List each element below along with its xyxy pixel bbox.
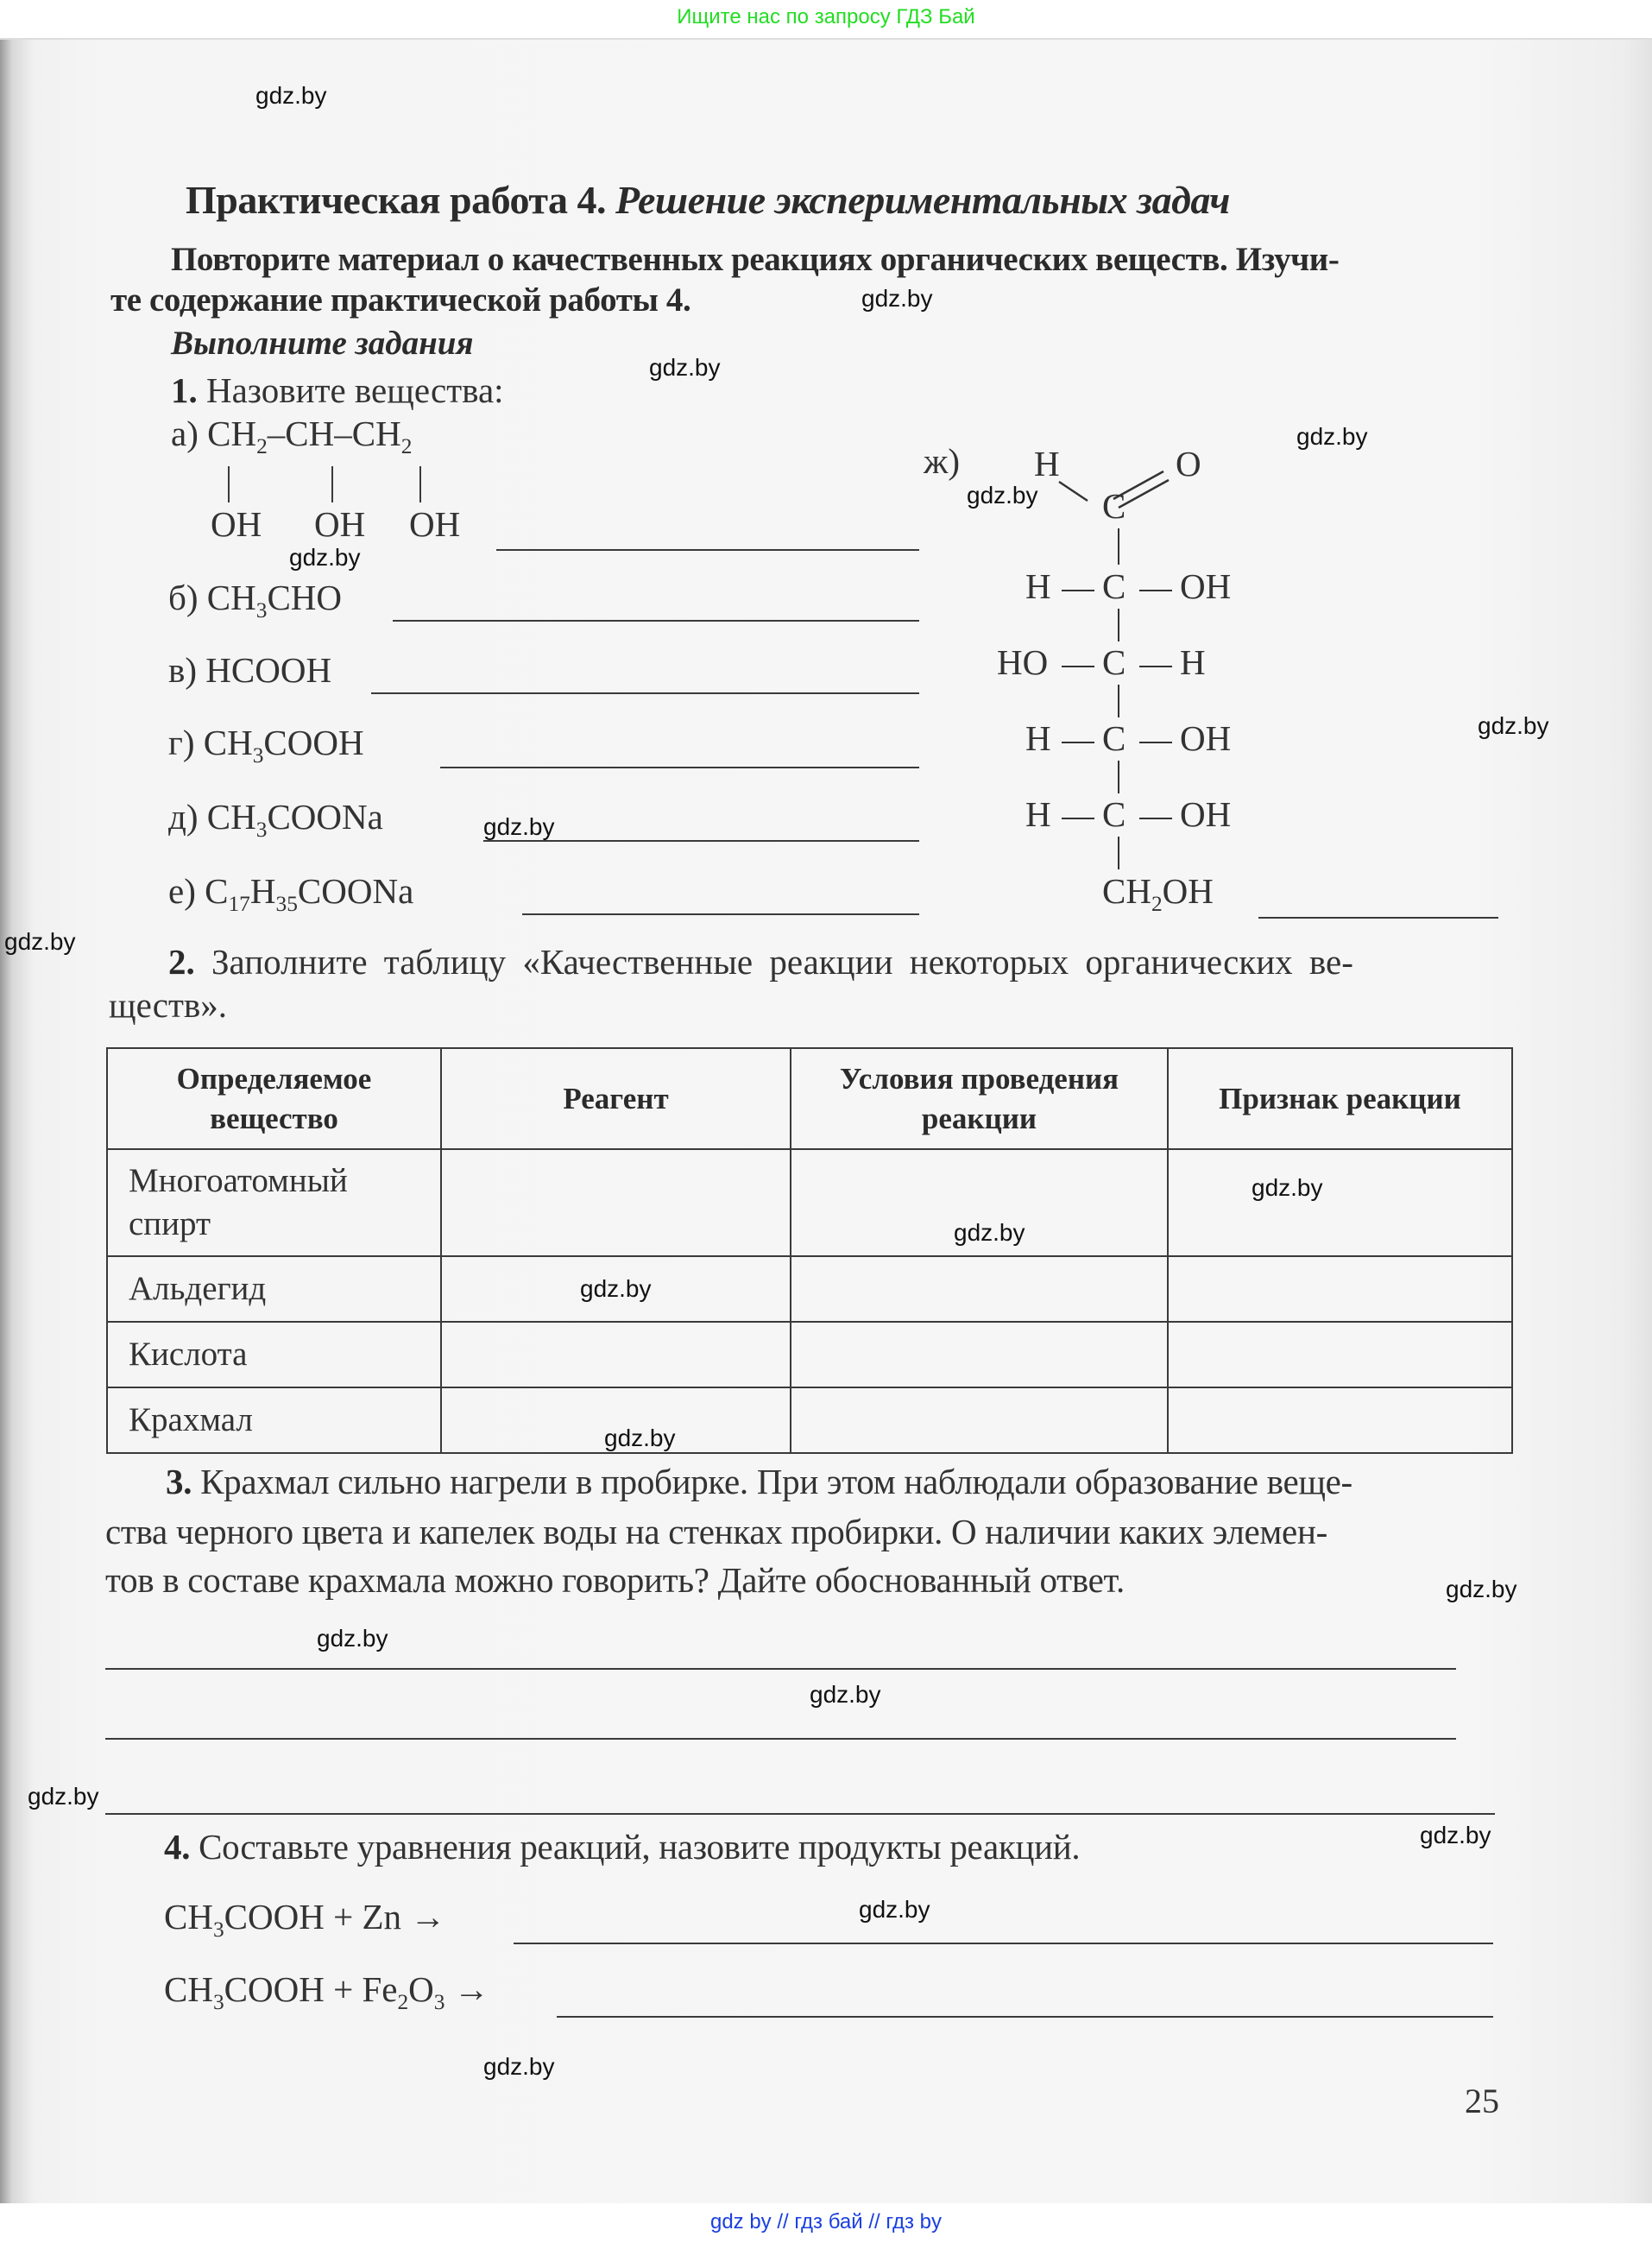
title-italic: Решение экспериментальных задач xyxy=(615,178,1230,222)
bond xyxy=(419,466,421,502)
task4-equation-2: CH3COOH + Fe2O3 → xyxy=(164,1968,489,2010)
cell-sign[interactable] xyxy=(1168,1256,1512,1322)
answer-line-e[interactable] xyxy=(522,913,919,915)
answer-line-a[interactable] xyxy=(496,549,919,551)
task3-line-3: тов в составе крахмала можно говорить? Д… xyxy=(105,1559,1125,1601)
watermark: gdz.by xyxy=(861,285,933,313)
cell-substance: Многоатомный спирт xyxy=(107,1149,441,1256)
bond xyxy=(331,466,333,502)
answer-line-d[interactable] xyxy=(483,840,919,842)
cell-conditions[interactable] xyxy=(791,1149,1168,1256)
answer-line-eq2[interactable] xyxy=(557,2016,1493,2018)
bond xyxy=(228,466,230,502)
cell-reagent[interactable] xyxy=(441,1256,791,1322)
atom-c3: C xyxy=(1102,641,1126,683)
bond xyxy=(1139,818,1172,819)
header-substance: Определяемое вещество xyxy=(107,1048,441,1149)
cell-conditions[interactable] xyxy=(791,1387,1168,1453)
answer-line-eq1[interactable] xyxy=(514,1943,1493,1944)
answer-line-task3-3[interactable] xyxy=(105,1813,1495,1815)
watermark: gdz.by xyxy=(649,354,721,382)
answer-line-b[interactable] xyxy=(393,620,919,622)
watermark: gdz.by xyxy=(810,1681,881,1709)
header-reagent: Реагент xyxy=(441,1048,791,1149)
watermark: gdz.by xyxy=(4,928,76,956)
task1-item-v: в) HCOOH xyxy=(168,649,331,691)
task1-item-zh-label: ж) xyxy=(924,440,960,482)
table-row: Альдегид xyxy=(107,1256,1512,1322)
cell-reagent[interactable] xyxy=(441,1322,791,1387)
answer-line-task3-2[interactable] xyxy=(105,1738,1456,1740)
atom-oh: OH xyxy=(1180,717,1231,759)
bottom-banner-links[interactable]: gdz by // гдз бай // гдз by xyxy=(710,2210,942,2234)
atom-oh: OH xyxy=(1180,793,1231,835)
top-banner-text: Ищите нас по запросу ГДЗ Бай xyxy=(677,5,974,28)
task1-text: Назовите вещества: xyxy=(206,370,504,410)
table-row: Крахмал xyxy=(107,1387,1512,1453)
task3-line-1: 3. Крахмал сильно нагрели в пробирке. Пр… xyxy=(166,1461,1352,1502)
top-banner: Ищите нас по запросу ГДЗ Бай xyxy=(0,0,1652,38)
cell-sign[interactable] xyxy=(1168,1387,1512,1453)
bottom-banner[interactable]: gdz by // гдз бай // гдз by xyxy=(0,2203,1652,2243)
watermark: gdz.by xyxy=(483,813,555,841)
watermark: gdz.by xyxy=(1478,712,1549,740)
atom-h: H xyxy=(1025,793,1051,835)
oh-group: OH xyxy=(211,503,262,545)
cell-reagent[interactable] xyxy=(441,1387,791,1453)
bond xyxy=(1062,818,1094,819)
task1-item-g: г) CH3COOH xyxy=(168,722,364,763)
table-row: Кислота xyxy=(107,1322,1512,1387)
bond xyxy=(1118,685,1119,717)
page-title: Практическая работа 4. Решение экспериме… xyxy=(186,177,1230,223)
atom-h: H xyxy=(1180,641,1206,683)
watermark: gdz.by xyxy=(859,1896,930,1924)
atom-oh: OH xyxy=(1180,565,1231,607)
answer-line-g[interactable] xyxy=(440,767,919,768)
table-header-row: Определяемое вещество Реагент Условия пр… xyxy=(107,1048,1512,1149)
bond xyxy=(1062,742,1094,743)
header-sign: Признак реакции xyxy=(1168,1048,1512,1149)
task1-number: 1. xyxy=(171,370,198,410)
intro-subheading: Выполните задания xyxy=(171,324,474,363)
bond xyxy=(1062,590,1094,591)
task1-heading: 1. Назовите вещества: xyxy=(171,370,504,411)
page-number: 25 xyxy=(1465,2081,1499,2121)
cell-conditions[interactable] xyxy=(791,1256,1168,1322)
bond xyxy=(1062,666,1094,667)
cell-conditions[interactable] xyxy=(791,1322,1168,1387)
intro-line-1: Повторите материал о качественных реакци… xyxy=(171,240,1339,279)
watermark: gdz.by xyxy=(483,2053,555,2081)
atom-ho: HO xyxy=(997,641,1048,683)
atom-c4: C xyxy=(1102,717,1126,759)
task2-line-1: 2. Заполните таблицу «Качественные реакц… xyxy=(168,941,1353,982)
cell-reagent[interactable] xyxy=(441,1149,791,1256)
item-label: а) xyxy=(171,414,199,453)
cell-substance: Кислота xyxy=(107,1322,441,1387)
atom-h: H xyxy=(1025,565,1051,607)
table-row: Многоатомный спирт xyxy=(107,1149,1512,1256)
task4-equation-1: CH3COOH + Zn → xyxy=(164,1896,445,1937)
bond xyxy=(1118,837,1119,869)
title-prefix: Практическая работа 4. xyxy=(186,178,606,222)
bond xyxy=(1118,761,1119,793)
atom-c1: C xyxy=(1102,485,1126,527)
oh-group: OH xyxy=(409,503,460,545)
cell-sign[interactable] xyxy=(1168,1322,1512,1387)
bond xyxy=(1139,590,1172,591)
answer-line-task3-1[interactable] xyxy=(105,1668,1456,1670)
task2-line-2: ществ». xyxy=(109,984,227,1026)
task4-heading: 4. Составьте уравнения реакций, назовите… xyxy=(164,1826,1080,1867)
atom-ch2oh: CH2OH xyxy=(1102,870,1214,912)
bond xyxy=(1118,609,1119,641)
answer-line-v[interactable] xyxy=(371,692,919,694)
cell-sign[interactable] xyxy=(1168,1149,1512,1256)
bond xyxy=(1139,666,1172,667)
oh-group: OH xyxy=(314,503,365,545)
task3-line-2: ства черного цвета и капелек воды на сте… xyxy=(105,1511,1327,1552)
watermark: gdz.by xyxy=(317,1625,388,1652)
header-conditions: Условия проведения реакции xyxy=(791,1048,1168,1149)
watermark: gdz.by xyxy=(1296,423,1368,451)
cell-substance: Альдегид xyxy=(107,1256,441,1322)
atom-c2: C xyxy=(1102,565,1126,607)
qualitative-reactions-table: Определяемое вещество Реагент Условия пр… xyxy=(106,1047,1513,1454)
task1-item-e: е) C17H35COONa xyxy=(168,870,413,912)
atom-c5: C xyxy=(1102,793,1126,835)
cell-substance: Крахмал xyxy=(107,1387,441,1453)
bond xyxy=(1118,528,1119,565)
task1-item-d: д) CH3COONa xyxy=(168,796,383,837)
answer-line-zh[interactable] xyxy=(1258,917,1498,919)
watermark: gdz.by xyxy=(255,82,327,110)
task1-item-a: а) CH2–CH–CH2 xyxy=(171,413,412,454)
bond xyxy=(1139,742,1172,743)
watermark: gdz.by xyxy=(289,544,361,572)
atom-h: H xyxy=(1025,717,1051,759)
task1-item-b: б) CH3CHO xyxy=(168,577,342,618)
watermark: gdz.by xyxy=(1446,1576,1517,1603)
watermark: gdz.by xyxy=(28,1783,99,1810)
intro-line-2: те содержание практической работы 4. xyxy=(110,281,690,319)
watermark: gdz.by xyxy=(1420,1822,1491,1849)
